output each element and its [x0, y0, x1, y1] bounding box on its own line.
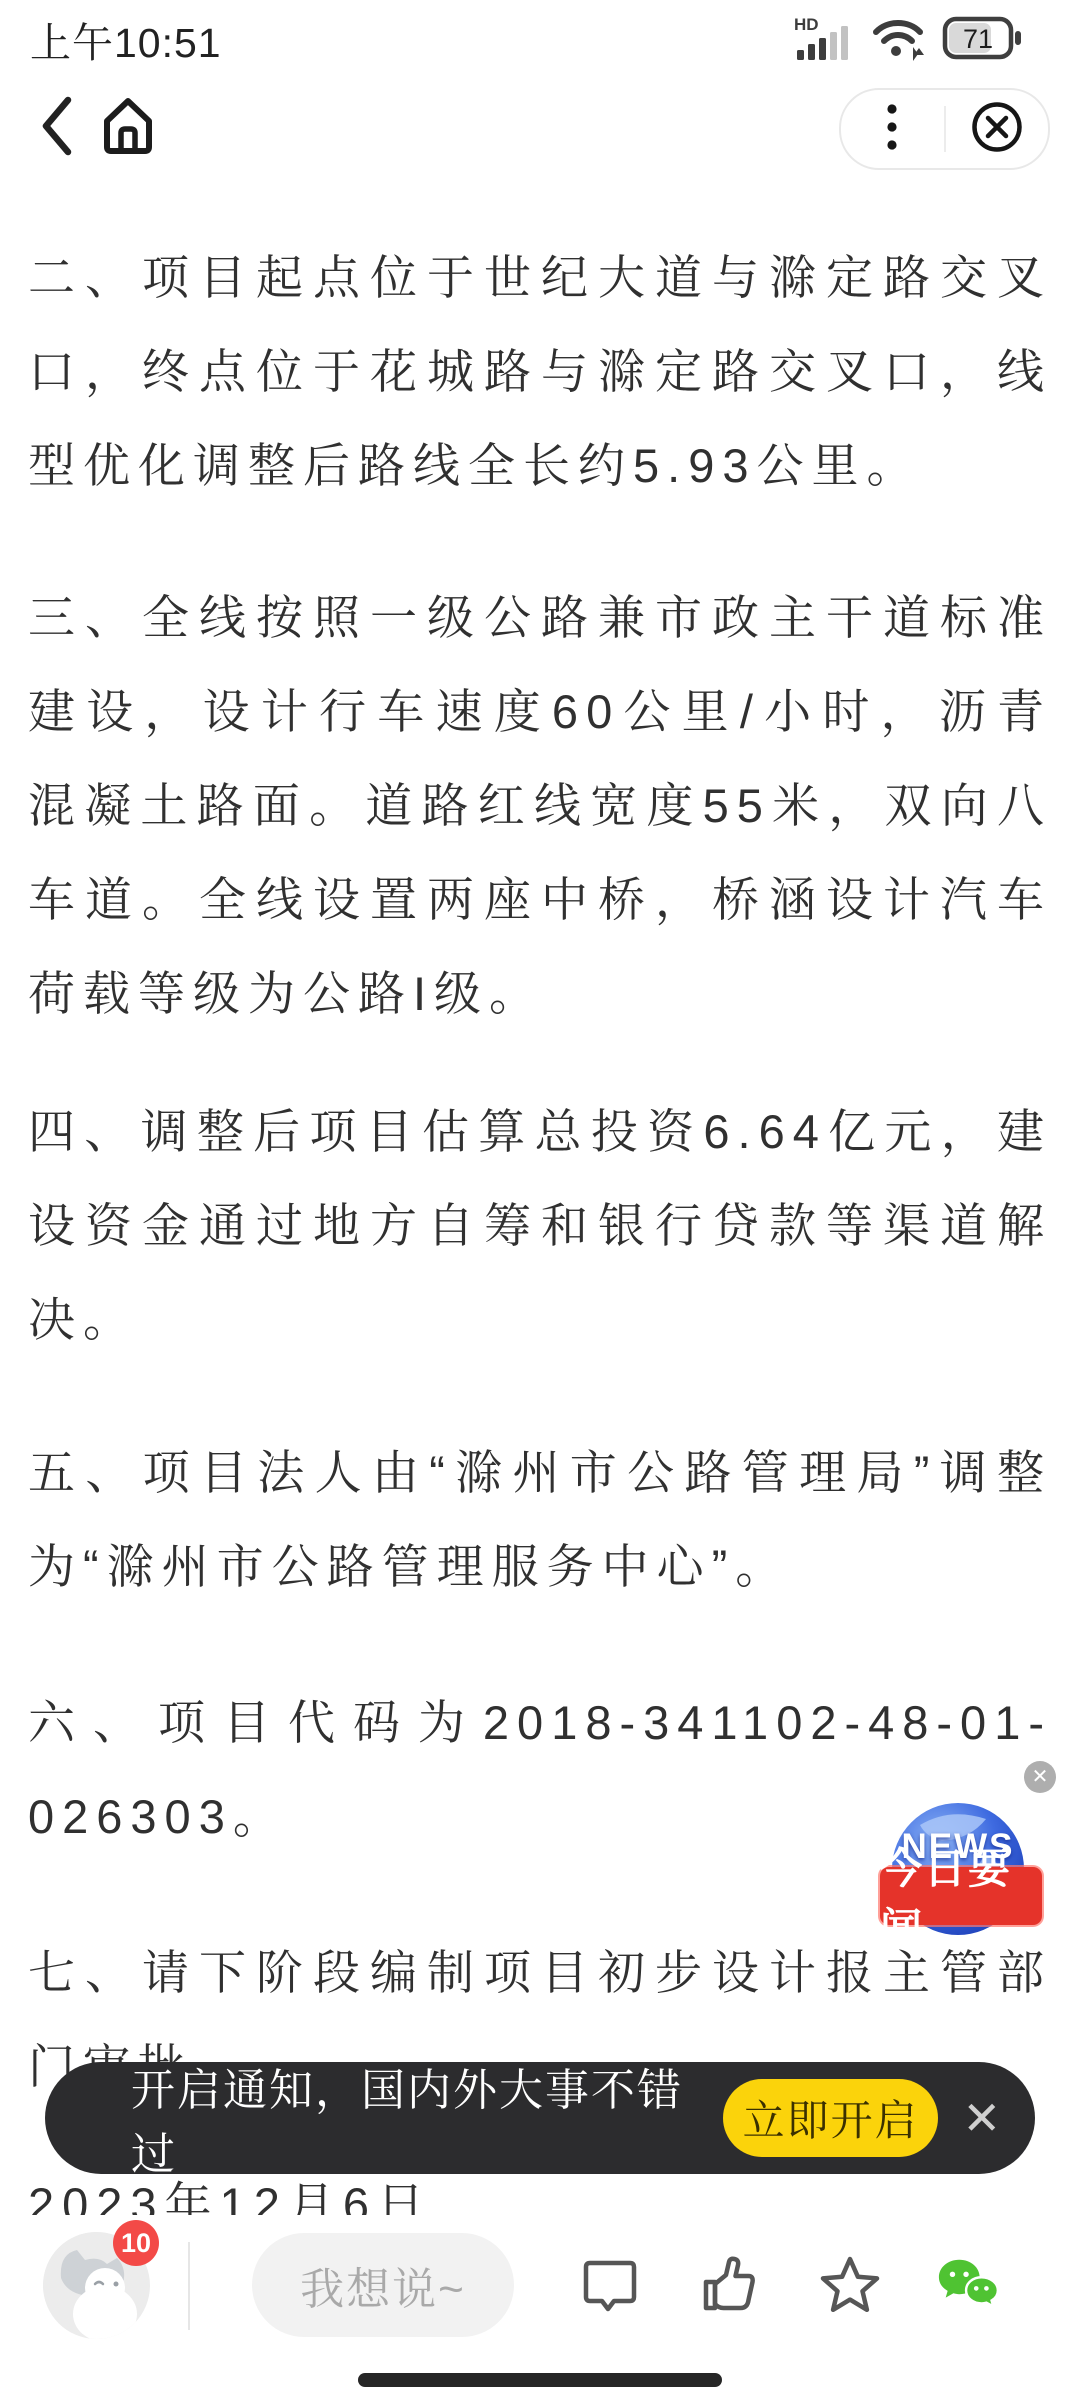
article-paragraph-5: 五、项目法人由“滁州市公路管理局”调整为“滁州市公路管理服务中心”。: [0, 1426, 1080, 1614]
enable-notifications-button[interactable]: 立即开启: [723, 2079, 939, 2157]
menu-button[interactable]: [841, 90, 944, 168]
favorite-star-icon[interactable]: [818, 2253, 882, 2317]
cellular-signal-icon: HD: [794, 14, 856, 67]
more-dots-icon: [885, 99, 899, 160]
article-paragraph-4: 四、调整后项目估算总投资6.64亿元，建设资金通过地方自筹和银行贷款等渠道解决。: [0, 1085, 1080, 1367]
news-banner-label: 今日要闻: [880, 1867, 1042, 1925]
message-count-badge: 10: [113, 2220, 159, 2266]
bottom-toolbar: 10 我想说~: [0, 2215, 1080, 2400]
notification-close-icon[interactable]: ✕: [962, 2091, 1001, 2145]
home-button[interactable]: [92, 92, 164, 164]
notification-message: 开启通知，国内外大事不错过: [131, 2054, 723, 2182]
status-bar: 上午10:51 HD: [0, 0, 1080, 62]
clock-time: 上午10:51: [30, 10, 222, 69]
nav-bar: [0, 84, 1080, 176]
comment-icon[interactable]: [578, 2253, 642, 2317]
close-button[interactable]: [946, 90, 1049, 168]
battery-icon: 71: [942, 14, 1024, 67]
toolbar-divider: [188, 2242, 190, 2330]
miniprogram-capsule: [839, 88, 1050, 170]
wifi-icon: [870, 14, 928, 67]
home-icon: [97, 93, 159, 164]
article-paragraph-2: 二、项目起点位于世纪大道与滁定路交叉口，终点位于花城路与滁定路交叉口，线型优化调…: [0, 231, 1080, 513]
home-indicator[interactable]: [358, 2373, 722, 2387]
article-paragraph-3: 三、全线按照一级公路兼市政主干道标准建设，设计行车速度60公里/小时，沥青混凝土…: [0, 571, 1080, 1041]
comment-input[interactable]: 我想说~: [252, 2233, 514, 2337]
notification-banner: 开启通知，国内外大事不错过 立即开启 ✕: [45, 2062, 1035, 2174]
chevron-left-icon: [34, 93, 82, 164]
wechat-share-icon[interactable]: [936, 2253, 1000, 2317]
like-icon[interactable]: [697, 2253, 761, 2317]
close-circle-icon: [967, 97, 1027, 162]
news-float-widget[interactable]: ✕ NEWS 今日要闻: [870, 1755, 1070, 1955]
svg-text:HD: HD: [794, 15, 819, 34]
svg-text:71: 71: [963, 24, 993, 54]
widget-close-icon[interactable]: ✕: [1024, 1761, 1056, 1793]
phone-screen: 上午10:51 HD: [0, 0, 1080, 2400]
back-button[interactable]: [26, 92, 90, 164]
